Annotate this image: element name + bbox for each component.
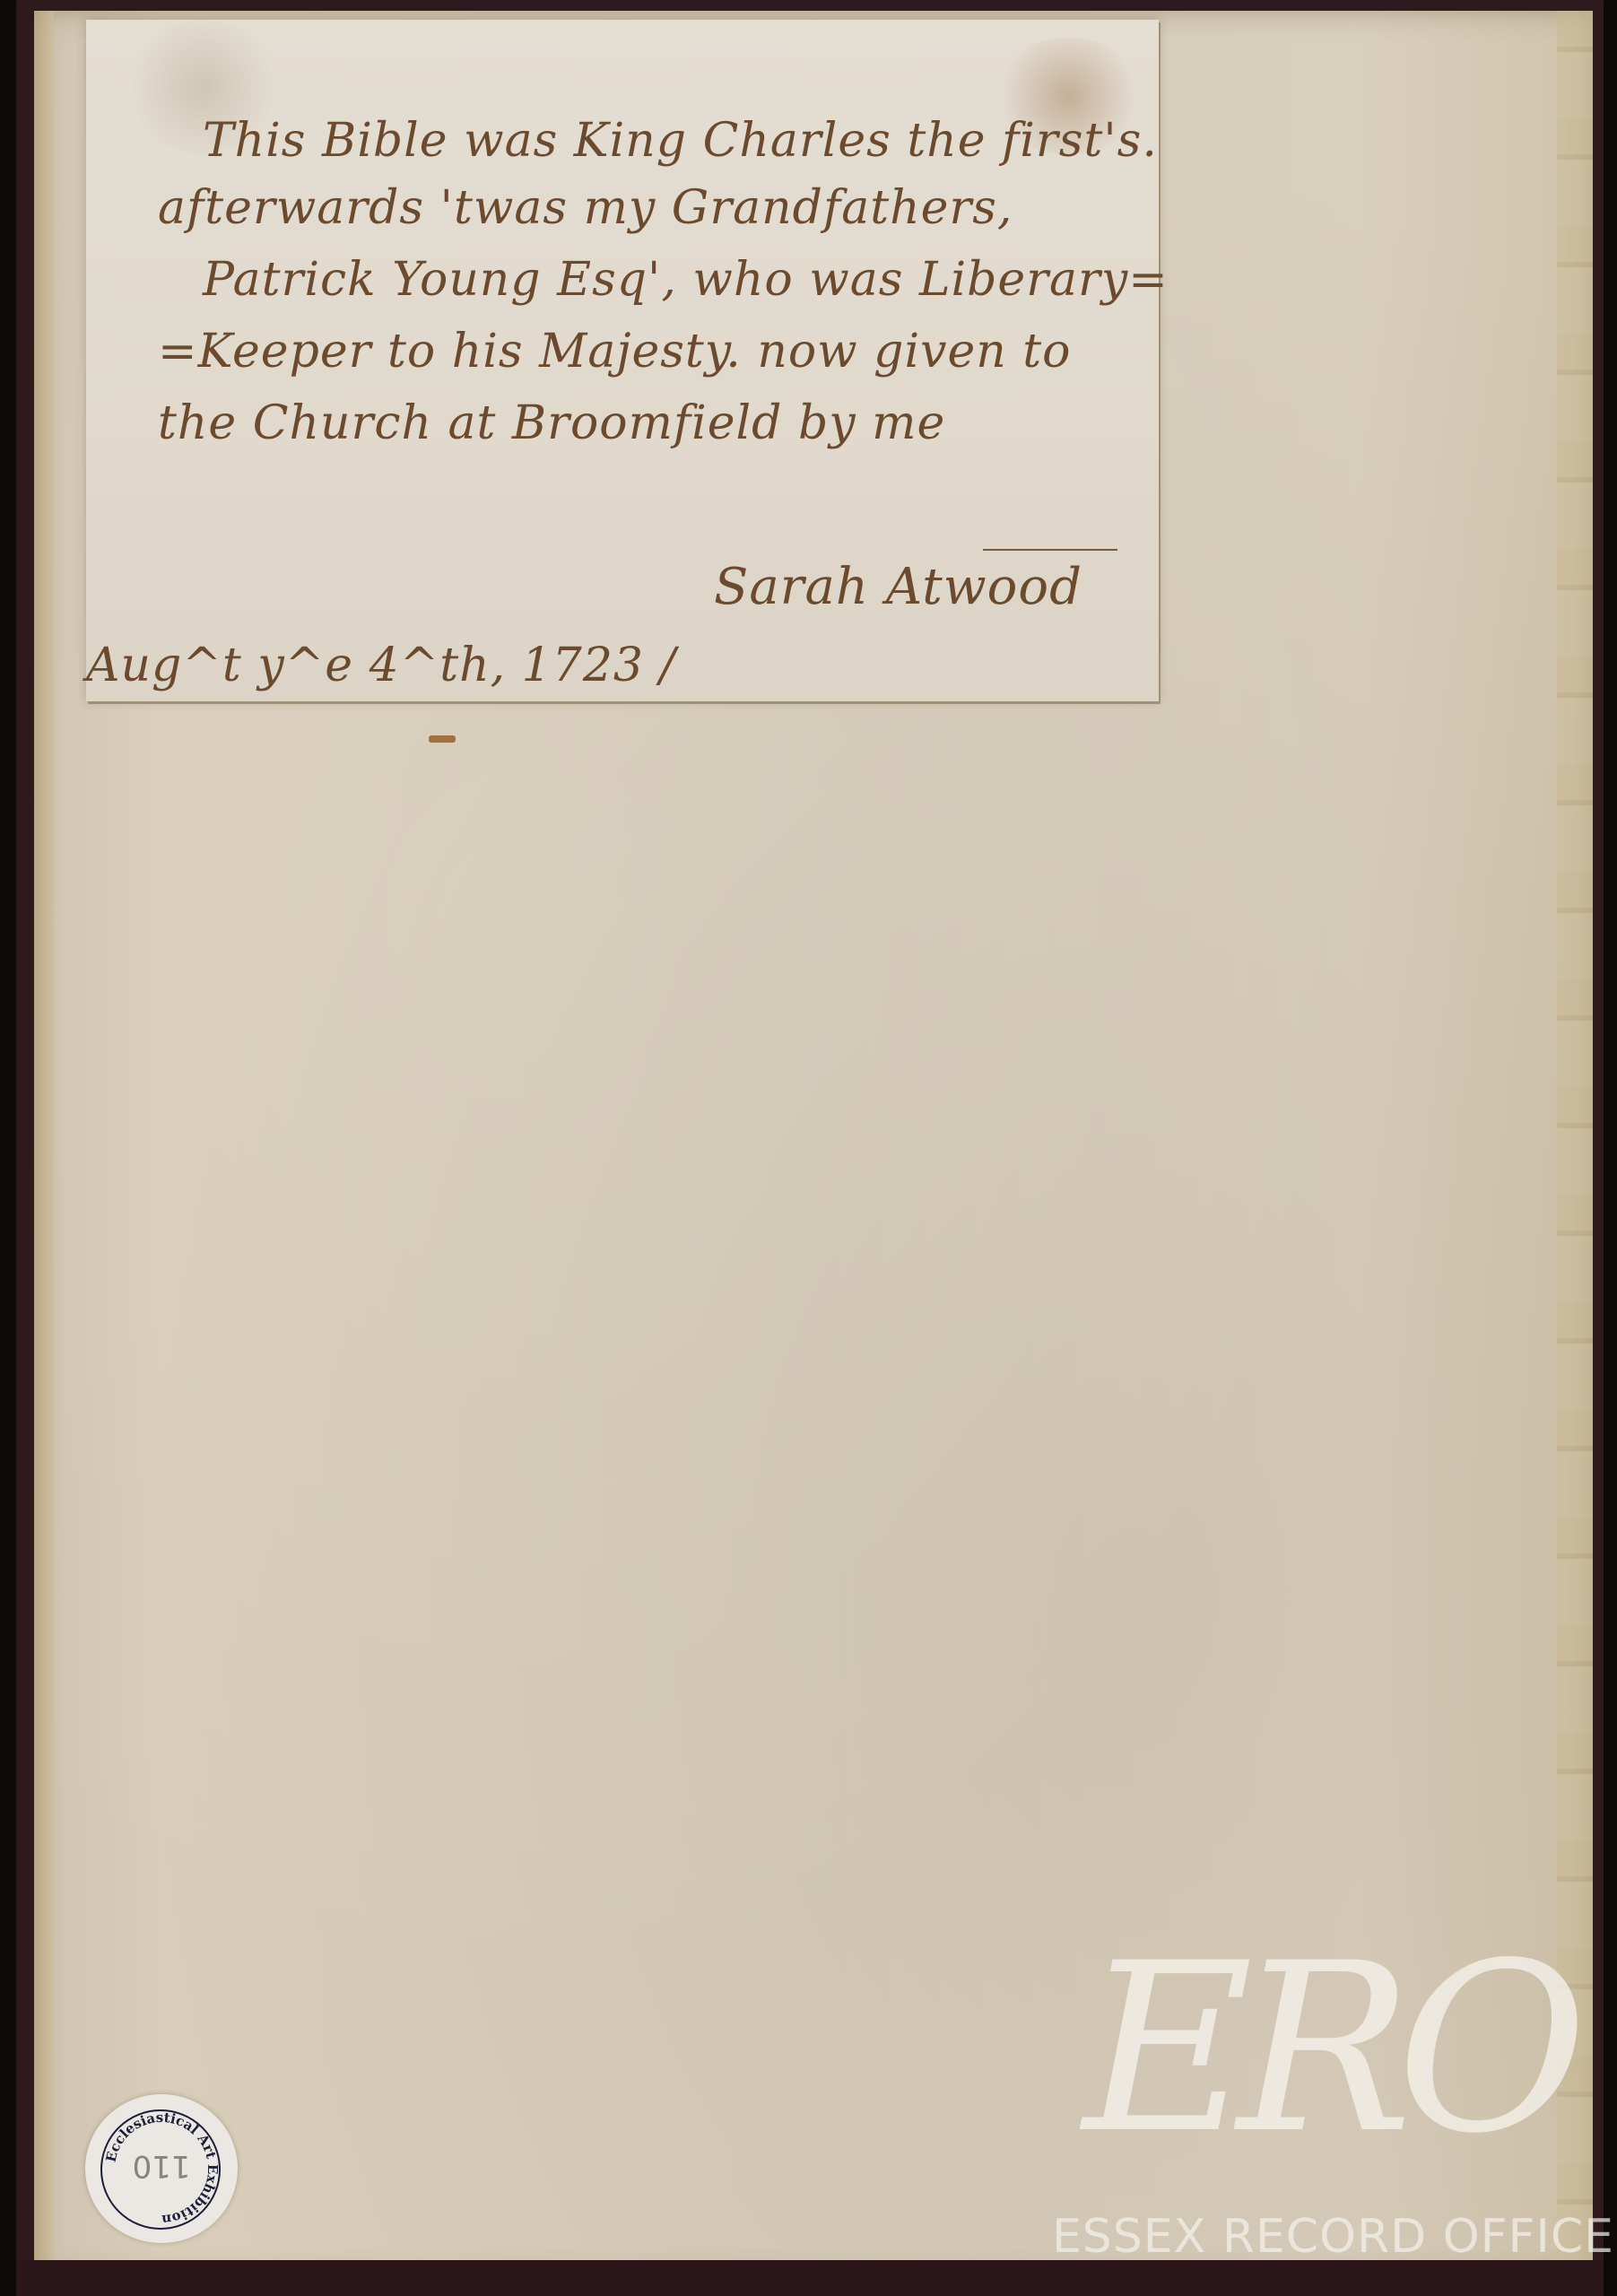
watermark-text: ESSEX RECORD OFFICE	[1040, 2210, 1614, 2264]
signature-flourish	[983, 549, 1117, 551]
note-date: Aug^t y^e 4^th, 1723 /	[86, 639, 676, 692]
presentation-note: This Bible was King Charles the first's.…	[86, 20, 1159, 701]
note-line: =Keeper to his Majesty. now given to	[158, 325, 1071, 378]
page-gutter	[34, 11, 54, 2278]
note-line: afterwards 'twas my Grandfathers,	[158, 181, 1013, 235]
note-line: This Bible was King Charles the first's.	[203, 114, 1158, 168]
note-line: the Church at Broomfield by me	[158, 396, 945, 450]
exhibition-label: Ecclesiastical Art Exhibition 110	[85, 2094, 238, 2243]
note-line: Patrick Young Esq', who was Liberary=	[203, 253, 1169, 307]
signature: Sarah Atwood	[714, 558, 1082, 616]
ero-watermark: ERO ESSEX RECORD OFFICE	[1040, 1901, 1614, 2278]
ink-mark	[429, 735, 456, 743]
label-number: 110	[85, 2148, 238, 2184]
ero-monogram-icon: ERO	[1040, 1901, 1614, 2197]
